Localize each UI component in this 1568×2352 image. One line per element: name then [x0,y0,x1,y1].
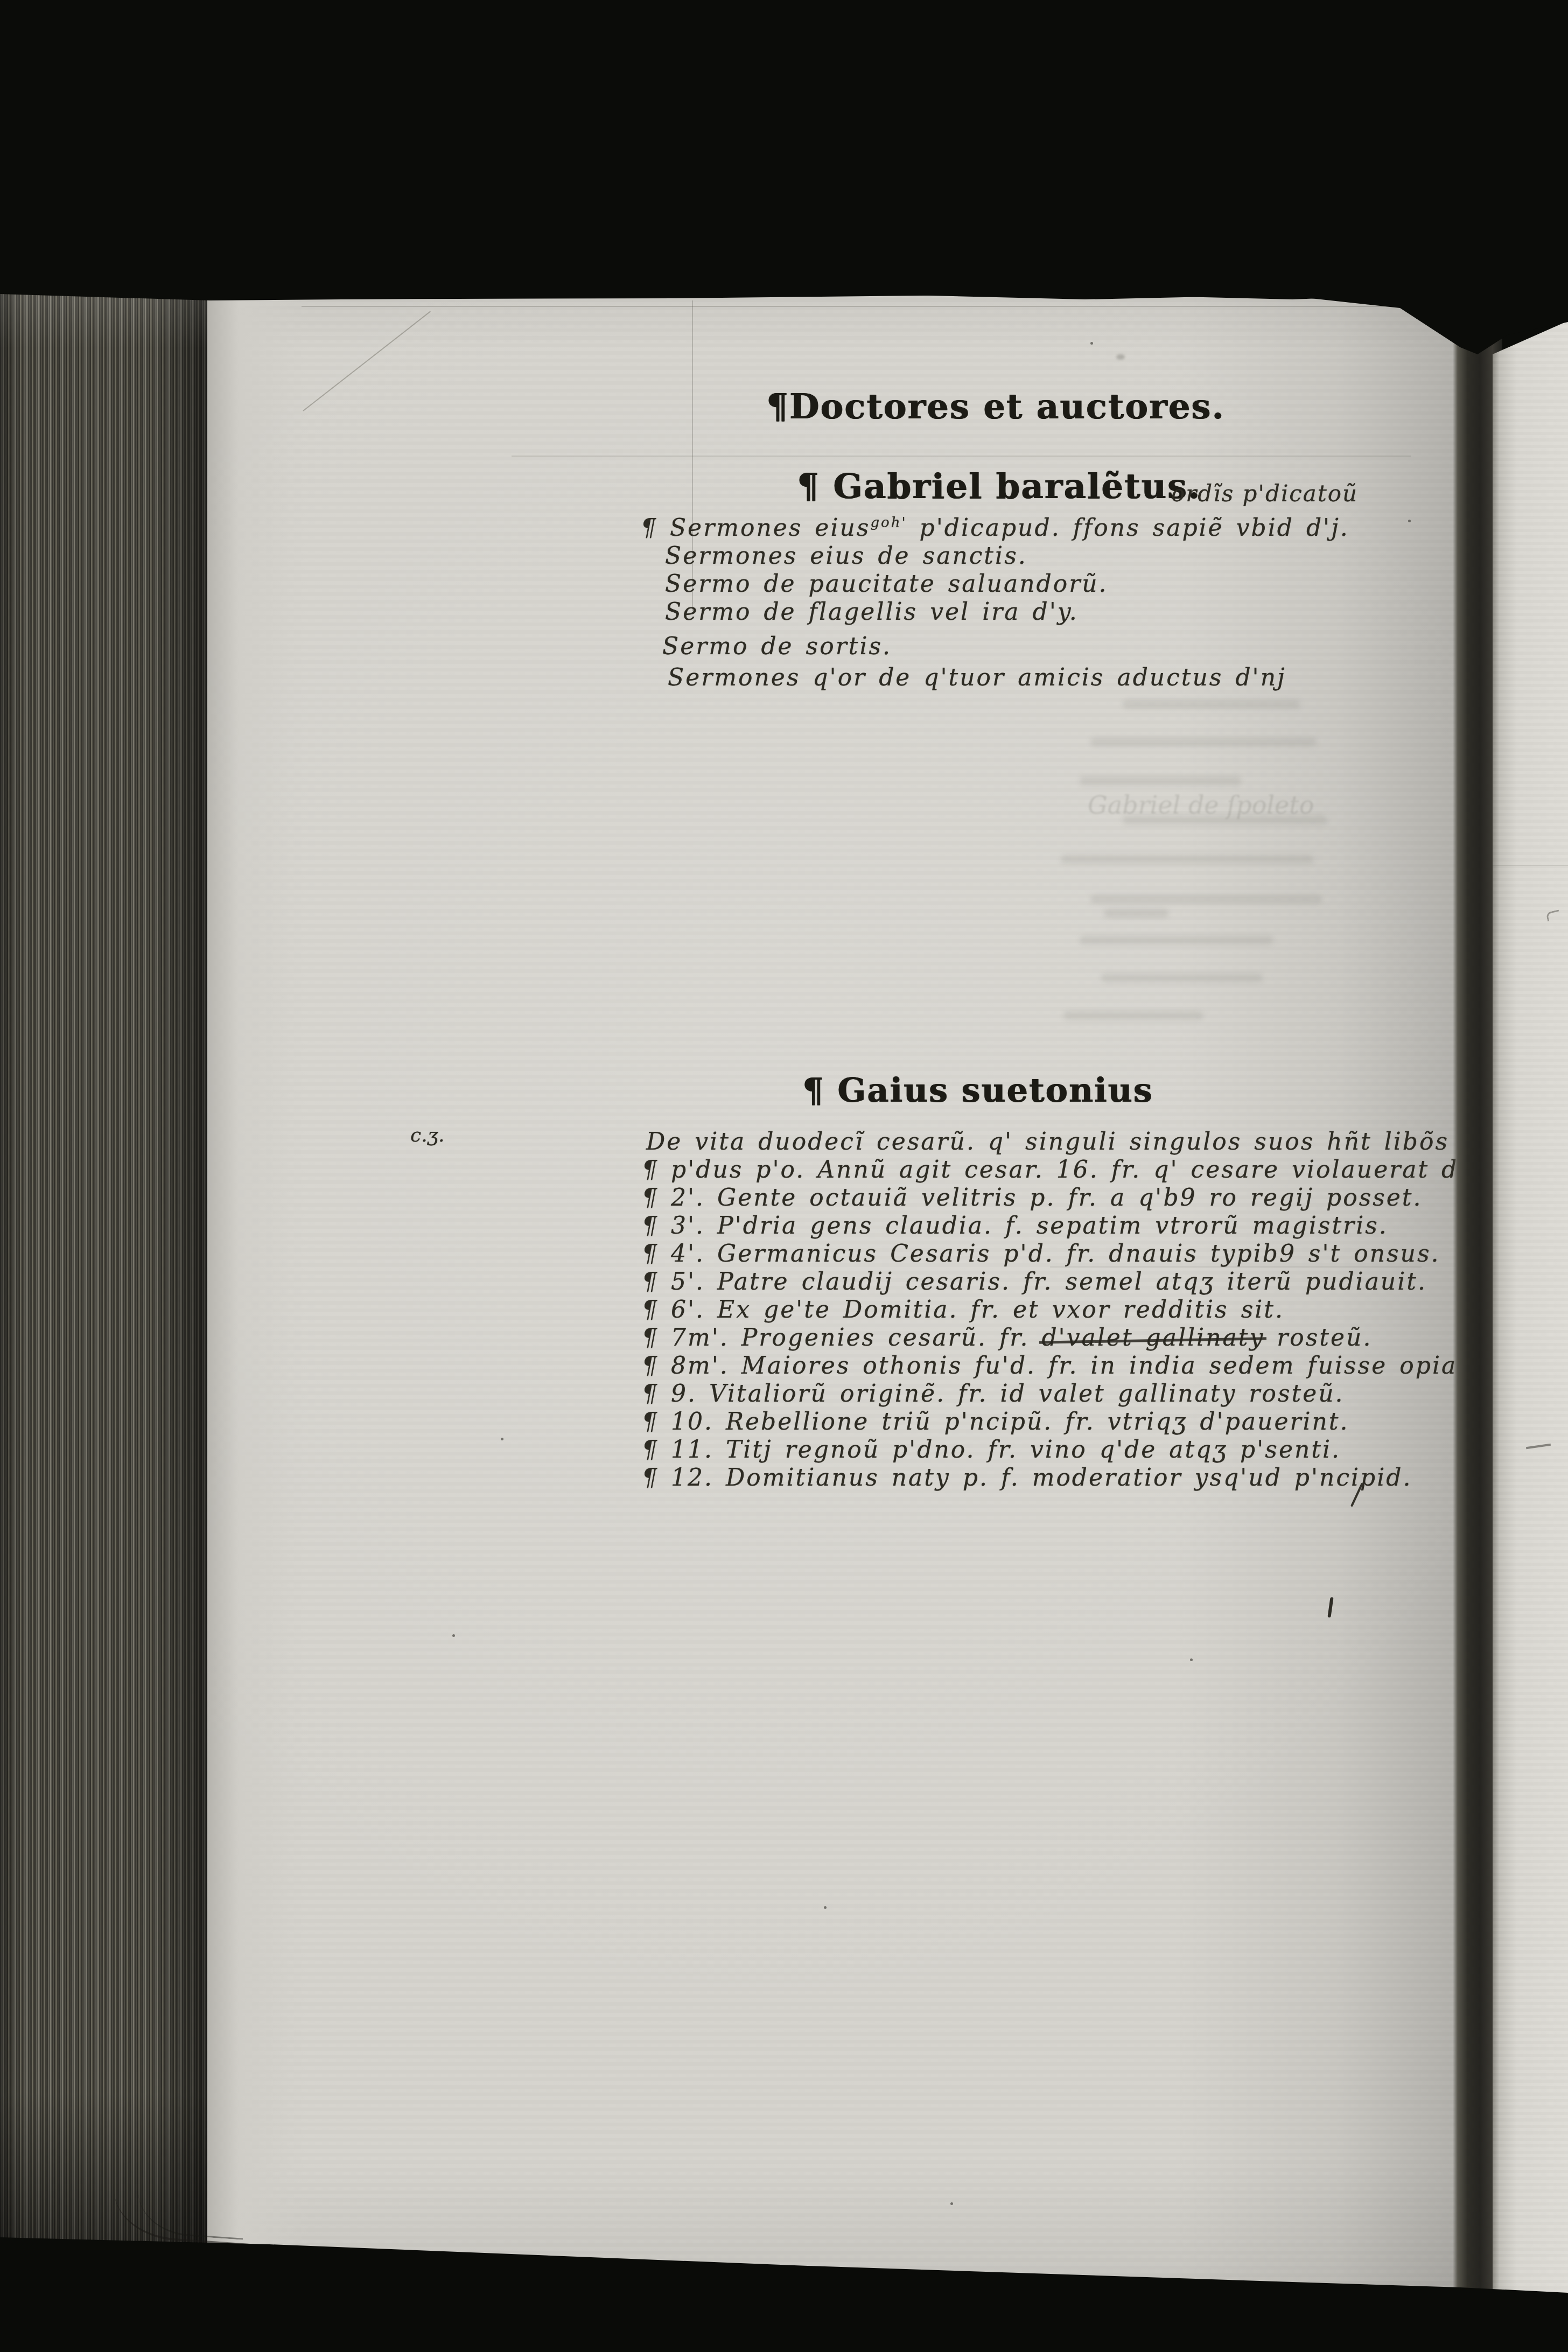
ghost-line [1090,895,1322,904]
ghost-line [1080,776,1241,785]
dust-speck [1408,520,1411,522]
manuscript-line: ¶ 10. Rebellione triũ p'ncipũ. fr. vtriq… [642,1408,1349,1436]
manuscript-photo: ¶Doctores et auctores. ¶ Gabriel baralẽt… [0,0,1568,2352]
dust-speck [950,2202,953,2205]
dust-speck [1190,1658,1193,1661]
section-heading-note: ordĩs p'dicatoũ [1171,480,1358,507]
ghost-line [1090,738,1317,746]
manuscript-line: ¶ p'dus p'o. Annũ agit cesar. 16. fr. q'… [642,1156,1551,1184]
manuscript-line: Sermones q'or de q'tuor amicis aductus d… [668,664,1286,691]
manuscript-page: ¶Doctores et auctores. ¶ Gabriel baralẽt… [207,291,1462,2299]
struck-through-text: d'valet gallinaty [1041,1324,1264,1352]
manuscript-line: Sermo de flagellis vel ira d'y. [665,598,1079,626]
manuscript-line: Sermo de paucitate saluandorũ. [665,570,1108,598]
ghost-line [1063,1011,1203,1020]
manuscript-line: ¶ 9. Vitaliorũ originẽ. fr. id valet gal… [642,1380,1345,1408]
marginal-note: c.ʒ. [410,1124,444,1146]
manuscript-line: Sermones eius de sanctis. [665,542,1027,570]
ghost-line [1104,909,1168,918]
facing-page-ruling [1493,865,1568,866]
dust-speck [452,1634,455,1637]
manuscript-line: ¶ 5'. Patre claudij cesaris. fr. semel a… [642,1268,1427,1296]
horizontal-ruling-line [302,306,1454,307]
section-heading-suetonius: ¶ Gaius suetonius [802,1070,1153,1110]
manuscript-line: ¶ 2'. Gente octauiã velitris p. fr. a q'… [642,1184,1423,1212]
smudge-mark [1116,354,1125,360]
facing-page-edge [1493,316,1568,2352]
facing-page-texture [1493,316,1568,2352]
section-heading-gabriel: ¶ Gabriel baralẽtus. [797,466,1201,507]
dust-speck [1090,342,1093,345]
horizontal-ruling-line [512,456,1411,457]
ghost-line [1123,816,1327,824]
manuscript-line: Sermo de sortis. [662,633,892,660]
ghost-line [1061,855,1314,864]
stray-pen-tick [1327,1597,1333,1618]
manuscript-line: ¶ 11. Titj regnoũ p'dno. fr. vino q'de a… [642,1436,1341,1464]
manuscript-line: ¶ 3'. P'dria gens claudia. f. sepatim vt… [642,1212,1388,1240]
manuscript-line: De vita duodecĩ cesarũ. q' singuli singu… [646,1128,1449,1156]
interlinear-correction: goh' [870,515,907,531]
book-fore-edge [0,290,211,2250]
dust-speck [824,1906,827,1909]
corner-crease [303,311,431,411]
manuscript-line: ¶ 6'. Ex ge'te Domitia. fr. et vxor redd… [642,1296,1284,1324]
ghost-line [1101,974,1263,982]
manuscript-line: ¶ Sermones eiusgoh' p'dicapud. ffons sap… [641,514,1349,542]
manuscript-line: ¶ 4'. Germanicus Cesaris p'd. fr. dnauis… [642,1240,1440,1268]
manuscript-line: ¶ 8m'. Maiores othonis fu'd. fr. in indi… [642,1352,1495,1380]
ghost-line [1123,700,1300,709]
ghost-heading: Gabriel de ſpoleto [1088,790,1314,820]
ghost-line [1080,936,1273,944]
page-title: ¶Doctores et auctores. [766,387,1224,427]
manuscript-line: ¶ 12. Domitianus naty p. f. moderatior y… [642,1464,1412,1492]
dust-speck [501,1438,503,1440]
manuscript-line: ¶ 7m'. Progenies cesarũ. fr. d'valet gal… [642,1324,1372,1352]
